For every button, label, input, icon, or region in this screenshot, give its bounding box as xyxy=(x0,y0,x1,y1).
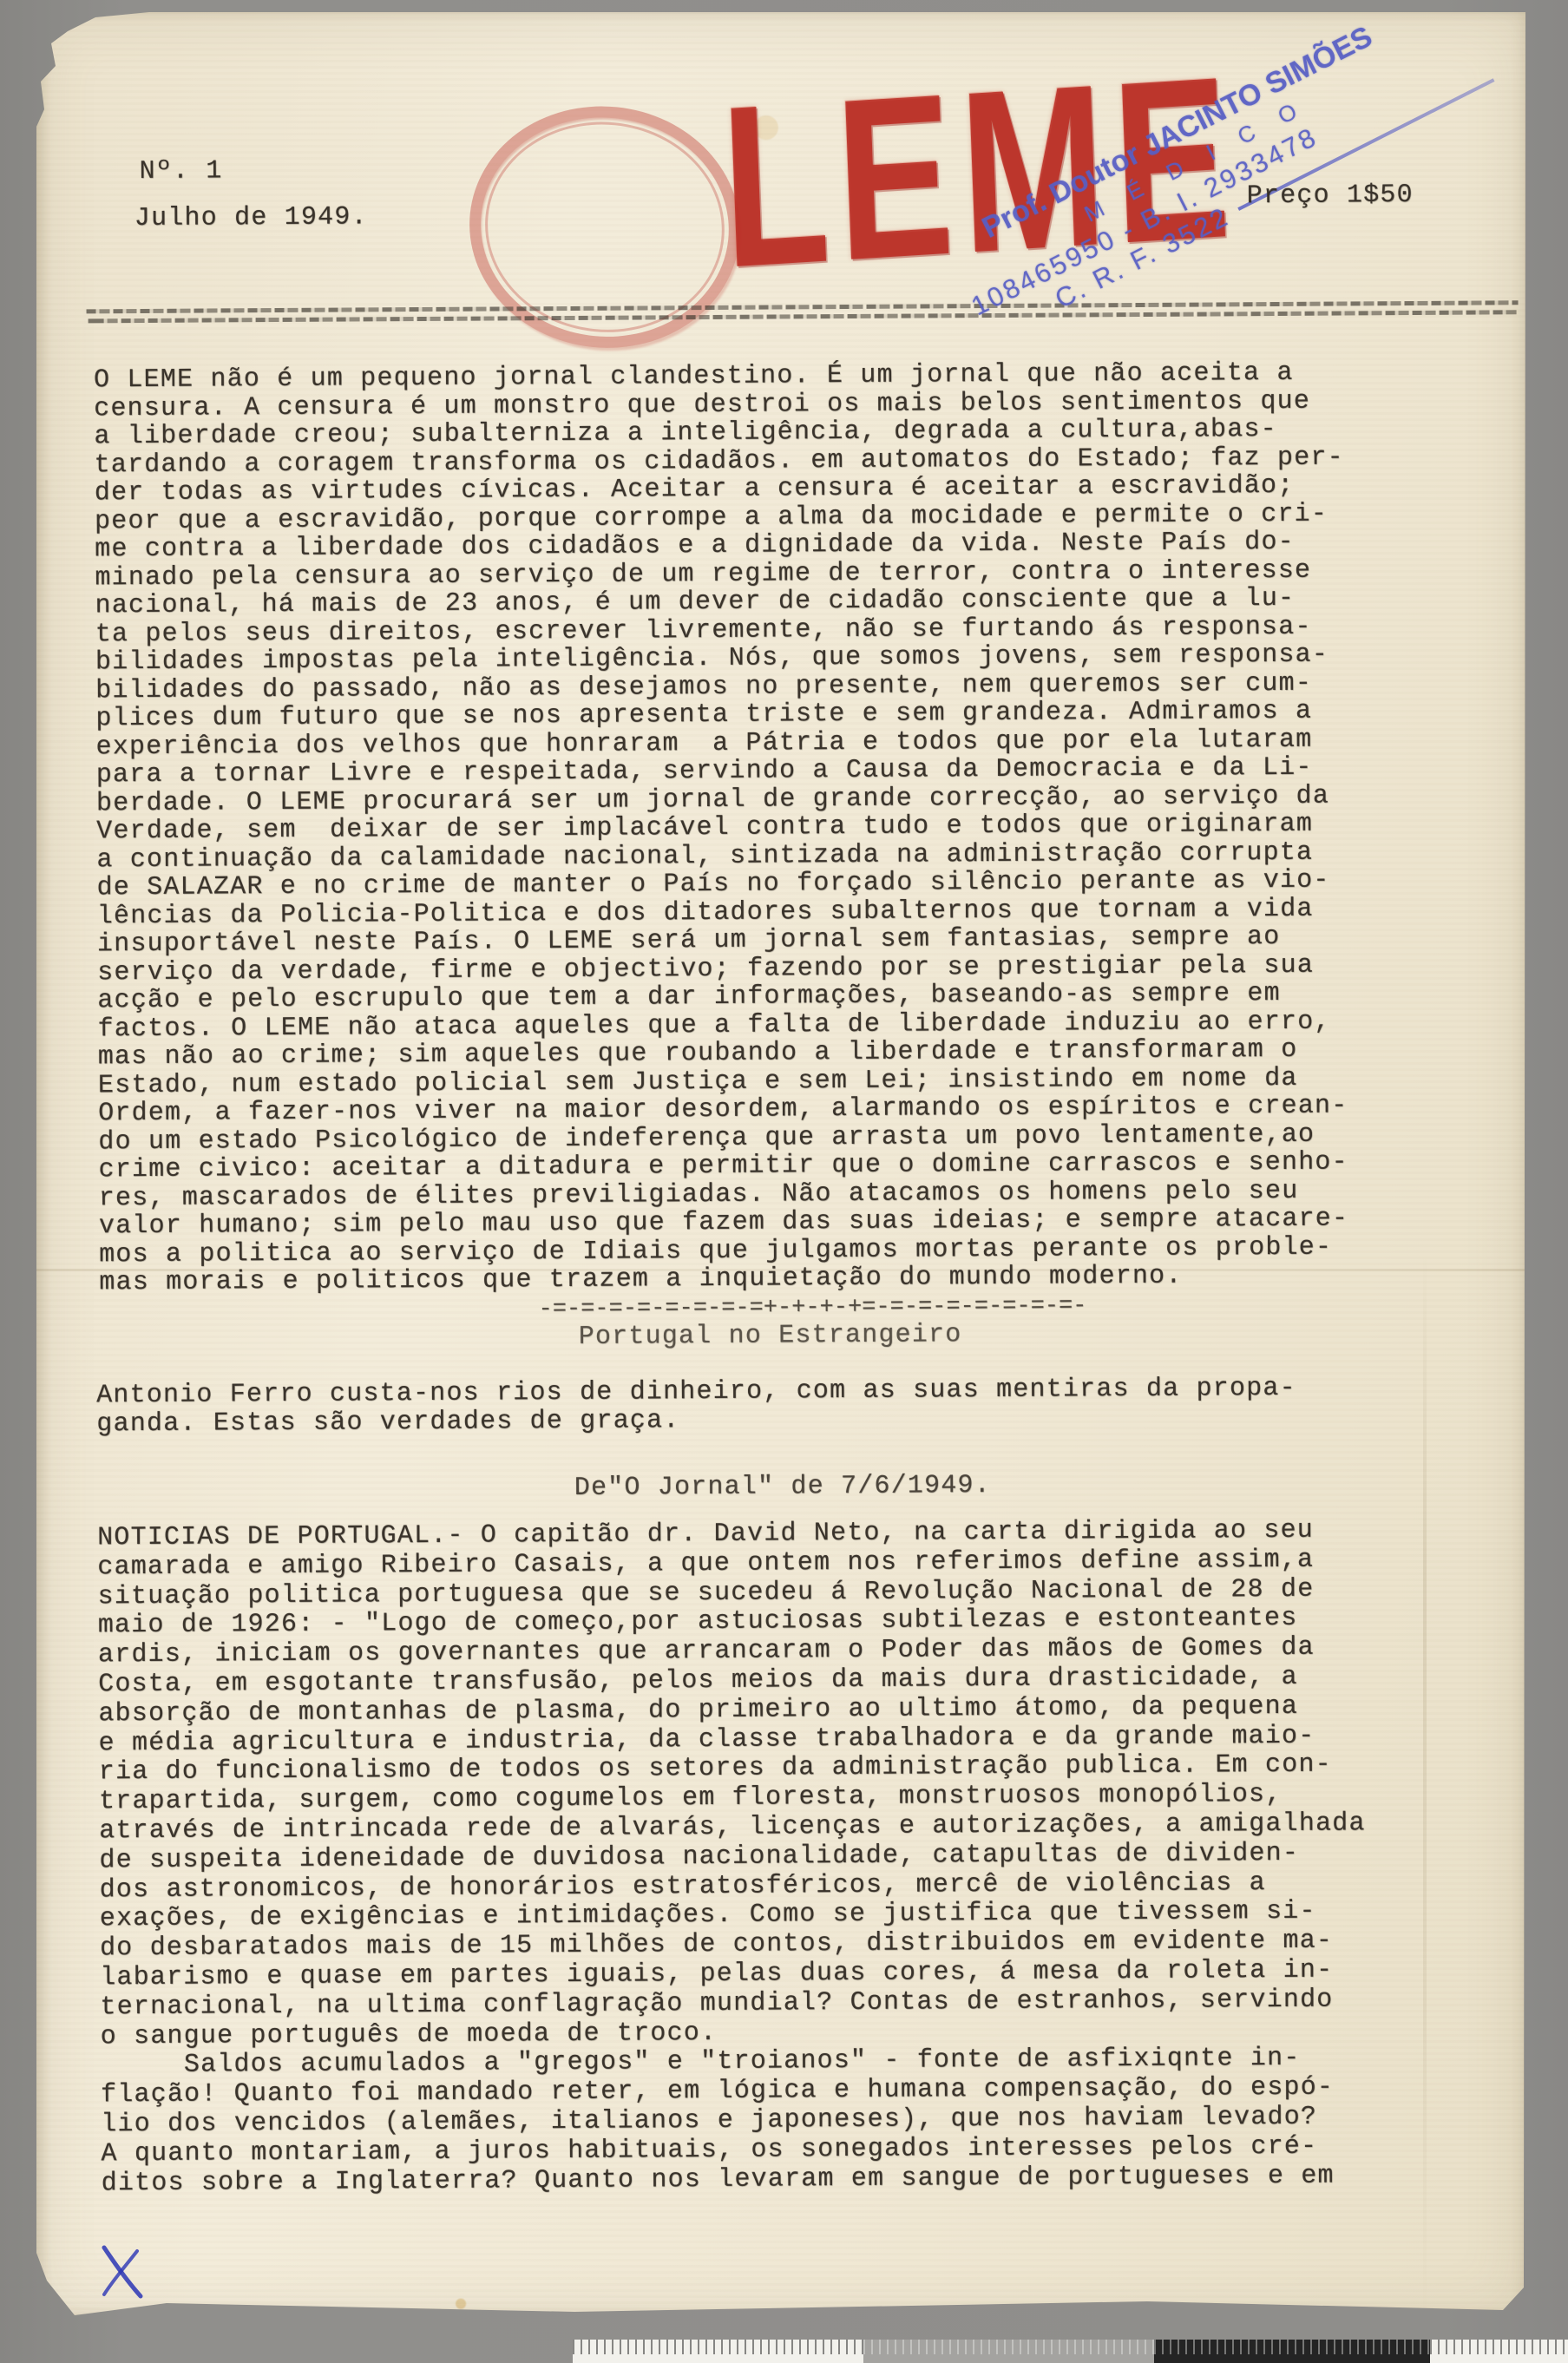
calibration-scale-white-segment-1 xyxy=(573,2340,863,2363)
ruler-ticks xyxy=(1430,2340,1568,2354)
calibration-scale-black-segment xyxy=(1154,2340,1430,2363)
calibration-scale-gray-segment xyxy=(863,2340,1154,2363)
issue-number: Nº. 1 xyxy=(139,157,222,186)
ruler-ticks xyxy=(573,2340,863,2354)
typed-content: Nº. 1 Julho de 1949. Preço 1$50 LEME Pro… xyxy=(34,3,1537,2322)
section-divider: -=-=-=-=-=-=-=-=+-+-+-+=-=-=-=-=-=-=-=- xyxy=(538,1292,1086,1323)
ruler-ticks xyxy=(1154,2340,1430,2354)
scanned-document-backdrop: { "masthead": { "issue_number": "Nº. 1",… xyxy=(0,0,1568,2363)
masthead-title: LEME xyxy=(718,41,1242,304)
source-attribution: De"O Jornal" de 7/6/1949. xyxy=(574,1472,991,1502)
issue-date: Julho de 1949. xyxy=(134,203,368,233)
handwritten-x-mark xyxy=(99,2244,146,2300)
price-label: Preço 1$50 xyxy=(1247,181,1414,211)
editorial-paragraph: O LEME não é um pequeno jornal clandesti… xyxy=(94,359,1349,1297)
ruler-ticks xyxy=(863,2340,1154,2354)
calibration-scale-white-segment-2 xyxy=(1430,2340,1568,2363)
paragraph-antonio-ferro: Antonio Ferro custa-nos rios de dinheiro… xyxy=(96,1375,1296,1438)
newspaper-page: Nº. 1 Julho de 1949. Preço 1$50 LEME Pro… xyxy=(36,12,1525,2322)
article-noticias-de-portugal: NOTICIAS DE PORTUGAL.- O capitão dr. Dav… xyxy=(97,1516,1368,2198)
section-heading-portugal-no-estrangeiro: Portugal no Estrangeiro xyxy=(579,1321,962,1351)
